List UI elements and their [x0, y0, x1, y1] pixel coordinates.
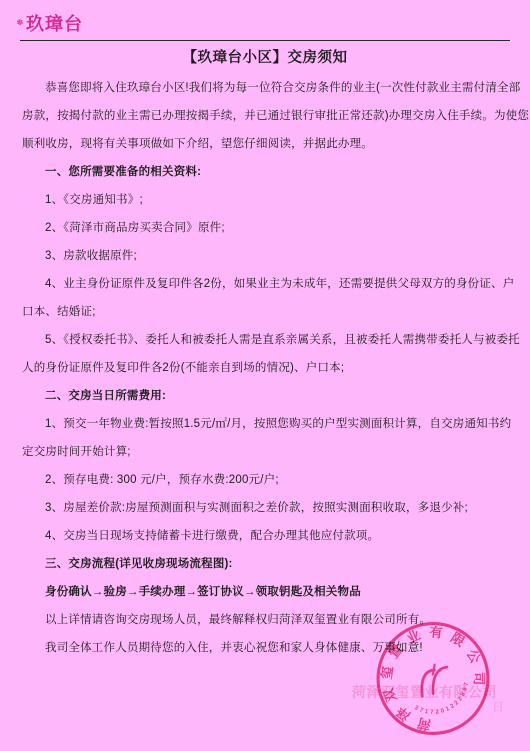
logo-mark-icon: ✽ — [14, 18, 27, 28]
document-line: 1、《交房通知书》; — [22, 186, 520, 214]
logo-text: 玖璋台 — [26, 10, 83, 36]
company-seal-stamp: 菏泽双玺置业有限公司 3717201222897 — [371, 606, 495, 751]
document-line: 三、交房流程(详见收房现场流程图): — [22, 550, 520, 578]
page-title: 【玖璋台小区】交房须知 — [0, 46, 530, 67]
document-page: ✽ 玖璋台 【玖璋台小区】交房须知 恭喜您即将入住玖璋台小区!我们将为每一位符合… — [0, 0, 530, 751]
document-line: 一、您所需要准备的相关资料: — [22, 158, 520, 186]
document-line: 2、《菏泽市商品房买卖合同》原件; — [22, 214, 520, 242]
document-line: 1、预交一年物业费:暂按照1.5元/㎡/月，按照您购买的户型实测面积计算，自交房… — [22, 410, 520, 438]
document-line: 3、房屋差价款:房屋预测面积与实测面积之差价款，按照实测面积收取，多退少补; — [22, 494, 520, 522]
document-line: 口本、结婚证; — [22, 298, 520, 326]
document-line: 4、交房当日现场支持储蓄卡进行缴费，配合办理其他应付款项。 — [22, 522, 520, 550]
document-line: 顺利收房，现将有关事项做如下介绍，望您仔细阅读，并据此办理。 — [22, 130, 520, 158]
document-line: 房款，按揭付款的业主需已办理按揭手续，并已通过银行审批正常还款)办理交房入住手续… — [22, 102, 520, 130]
document-body: 恭喜您即将入住玖璋台小区!我们将为每一位符合交房条件的业主(一次性付款业主需付清… — [22, 74, 520, 662]
document-line: 恭喜您即将入住玖璋台小区!我们将为每一位符合交房条件的业主(一次性付款业主需付清… — [22, 74, 520, 102]
document-line: 身份确认→验房→手续办理→签订协议→领取钥匙及相关物品 — [22, 578, 520, 606]
header-divider — [20, 40, 510, 41]
document-line: 二、交房当日所需费用: — [22, 382, 520, 410]
document-line: 3、房款收据原件; — [22, 242, 520, 270]
document-line: 定交房时间开始计算; — [22, 438, 520, 466]
document-line: 4、业主身份证原件及复印件各2份，如果业主为未成年，还需要提供父母双方的身份证、… — [22, 270, 520, 298]
document-line: 2、预存电费: 300 元/户，预存水费:200元/户; — [22, 466, 520, 494]
document-line: 人的身份证原件及复印件各2份(不能亲自到场的情况)、户口本; — [22, 354, 520, 382]
seal-center-emblem-icon — [412, 660, 455, 699]
document-line: 5、《授权委托书》、委托人和被委托人需是直系亲属关系，且被委托人需携带委托人与被… — [22, 326, 520, 354]
brand-logo: ✽ 玖璋台 — [14, 10, 83, 36]
